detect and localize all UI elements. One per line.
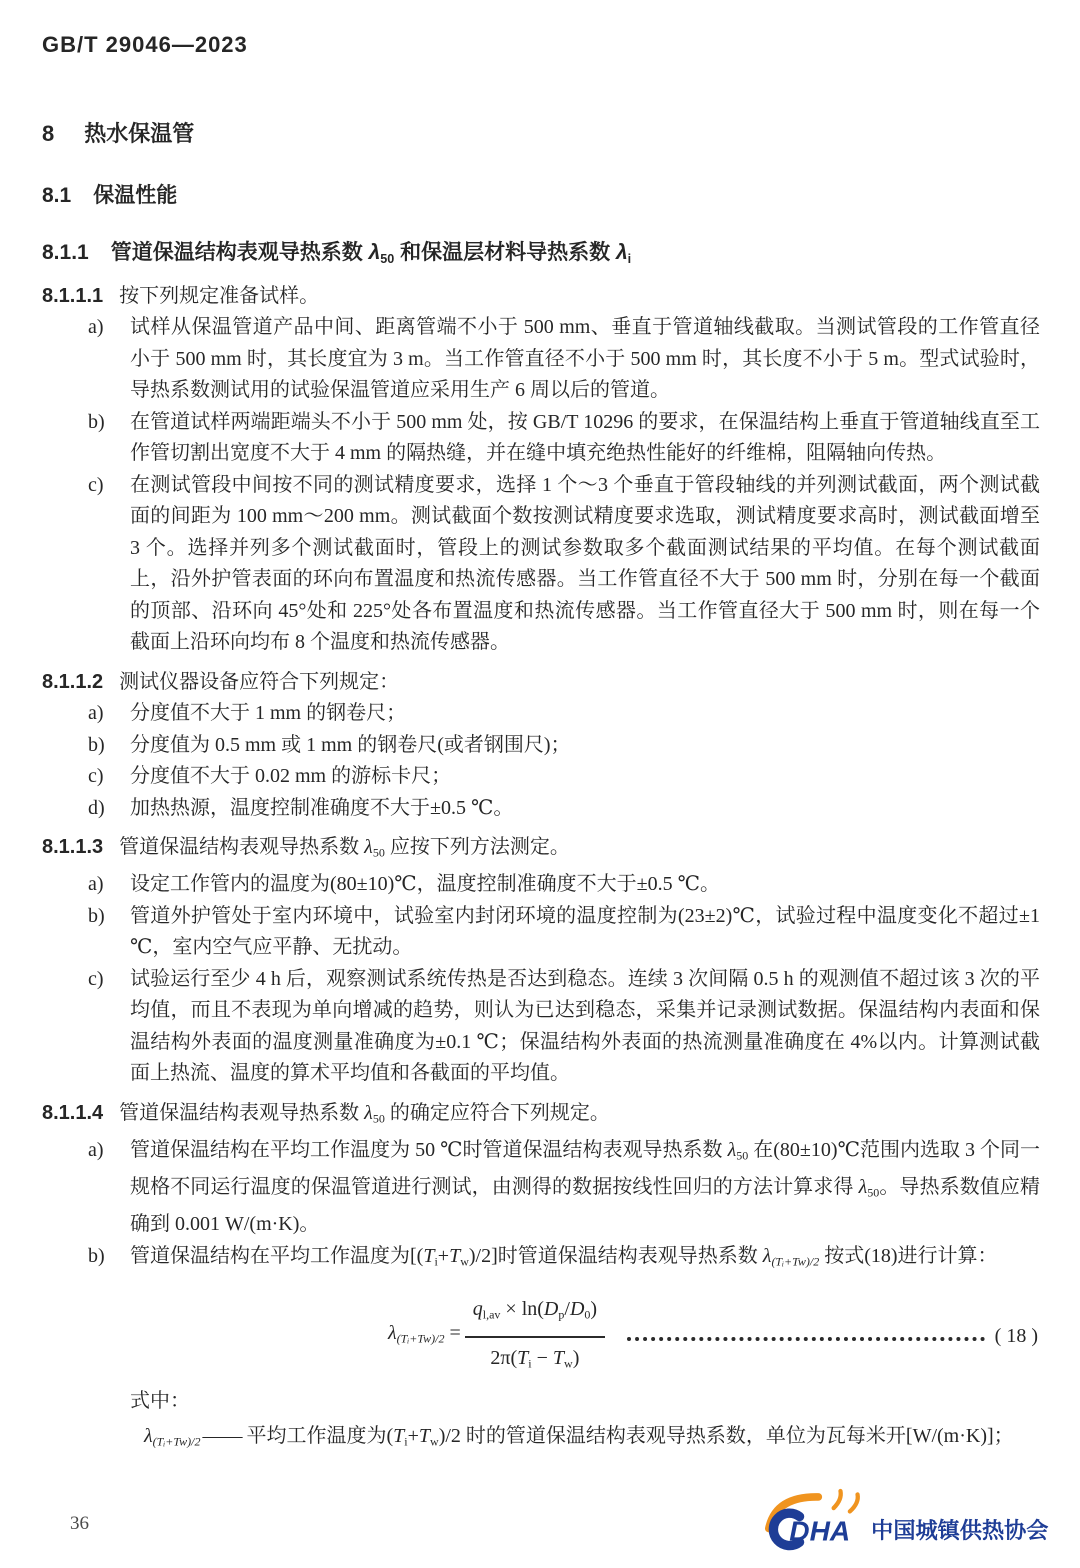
equation-fraction: ql,av × ln(Dp/D0) 2π(Ti − Tw) (465, 1294, 605, 1380)
list-item: b) 管道外护管处于室内环境中，试验室内封闭环境的温度控制为(23±2)℃，试验… (42, 901, 1040, 964)
list-item-text: 试样从保温管道产品中间、距离管端不小于 500 mm、垂直于管道轴线截取。当测试… (130, 312, 1040, 407)
list-item-label: d) (88, 793, 130, 825)
section-number: 8.1 (42, 182, 71, 209)
list-item: b) 在管道试样两端距端头不小于 500 mm 处，按 GB/T 10296 的… (42, 407, 1040, 470)
section-number: 8 (42, 120, 54, 148)
logo-acronym: DHA (789, 1515, 850, 1546)
list-item-text: 分度值不大于 0.02 mm 的游标卡尺； (130, 761, 1040, 793)
list-item-label: b) (88, 730, 130, 762)
clause-8-1-1-4: 8.1.1.4 管道保温结构表观导热系数 λ50 的确定应符合下列规定。 (42, 1098, 1040, 1135)
section-heading-8-1-1: 8.1.1 管道保温结构表观导热系数 λ50 和保温层材料导热系数 λi (42, 239, 1040, 273)
clause-8-1-1-1: 8.1.1.1 按下列规定准备试样。 (42, 281, 1040, 313)
logo-org-name: 中国城镇供热协会 (871, 1518, 1048, 1543)
equation-number: ( 18 ) (995, 1321, 1038, 1353)
list-item-text: 分度值不大于 1 mm 的钢卷尺； (130, 698, 1040, 730)
list-item-text: 在测试管段中间按不同的测试精度要求，选择 1 个～3 个垂直于管段轴线的并列测试… (130, 470, 1040, 659)
list-item-text: 分度值为 0.5 mm 或 1 mm 的钢卷尺(或者钢围尺)； (130, 730, 1040, 762)
list-item-text: 设定工作管内的温度为(80±10)℃，温度控制准确度不大于±0.5 ℃。 (130, 869, 1040, 901)
list-item: c) 在测试管段中间按不同的测试精度要求，选择 1 个～3 个垂直于管段轴线的并… (42, 470, 1040, 659)
list-item-label: a) (88, 869, 130, 901)
clause-number: 8.1.1.4 (42, 1098, 103, 1135)
list-item-label: a) (88, 1135, 130, 1241)
equation-18: λ(Tᵢ+Tw)/2 = ql,av × ln(Dp/D0) 2π(Ti − T… (42, 1294, 1040, 1380)
clause-number: 8.1.1.1 (42, 281, 103, 313)
definition-dash: —— (200, 1421, 246, 1458)
list-item: b) 分度值为 0.5 mm 或 1 mm 的钢卷尺(或者钢围尺)； (42, 730, 1040, 762)
list-item-text: 试验运行至少 4 h 后，观察测试系统传热是否达到稳态。连续 3 次间隔 0.5… (130, 964, 1040, 1090)
standard-number: GB/T 29046—2023 (42, 32, 1040, 58)
symbol-term: λ(Tᵢ+Tw)/2 (144, 1421, 200, 1458)
page-number: 36 (70, 1508, 89, 1540)
section-title: 热水保温管 (84, 120, 194, 148)
logo-orange-arc-small-2 (850, 1494, 858, 1511)
list-item-label: a) (88, 698, 130, 730)
list-item-text: 加热热源，温度控制准确度不大于±0.5 ℃。 (130, 793, 1040, 825)
section-number: 8.1.1 (42, 239, 89, 273)
section-heading-8: 8 热水保温管 (42, 120, 1040, 148)
clause-text: 测试仪器设备应符合下列规定： (119, 667, 1040, 699)
dot-leader (627, 1337, 985, 1341)
equation-denominator: 2π(Ti − Tw) (465, 1338, 605, 1380)
list-item-label: b) (88, 407, 130, 470)
list-item: a) 试样从保温管道产品中间、距离管端不小于 500 mm、垂直于管道轴线截取。… (42, 312, 1040, 407)
symbol-definition-text: 平均工作温度为(Ti+Tw)/2 时的管道保温结构表观导热系数，单位为瓦每米开[… (246, 1421, 1038, 1458)
cdha-logo: DHA 中国城镇供热协会 (762, 1480, 1052, 1560)
list-item-label: c) (88, 470, 130, 659)
section-title: 管道保温结构表观导热系数 λ50 和保温层材料导热系数 λi (111, 239, 631, 273)
list-item: a) 分度值不大于 1 mm 的钢卷尺； (42, 698, 1040, 730)
clause-number: 8.1.1.2 (42, 667, 103, 699)
document-page: GB/T 29046—2023 8 热水保温管 8.1 保温性能 8.1.1 管… (0, 0, 1080, 1568)
list-item-text: 管道保温结构在平均工作温度为 50 ℃时管道保温结构表观导热系数 λ50 在(8… (130, 1135, 1040, 1241)
list-item: a) 管道保温结构在平均工作温度为 50 ℃时管道保温结构表观导热系数 λ50 … (42, 1135, 1040, 1241)
list-item-label: b) (88, 901, 130, 964)
clause-8-1-1-3: 8.1.1.3 管道保温结构表观导热系数 λ50 应按下列方法测定。 (42, 832, 1040, 869)
list-item: d) 加热热源，温度控制准确度不大于±0.5 ℃。 (42, 793, 1040, 825)
list-item-label: a) (88, 312, 130, 407)
section-heading-8-1: 8.1 保温性能 (42, 182, 1040, 209)
equation-lhs: λ(Tᵢ+Tw)/2 = (388, 1318, 461, 1355)
list-item-label: c) (88, 761, 130, 793)
list-item: c) 试验运行至少 4 h 后，观察测试系统传热是否达到稳态。连续 3 次间隔 … (42, 964, 1040, 1090)
where-label: 式中： (42, 1386, 1040, 1418)
clause-text: 管道保温结构表观导热系数 λ50 应按下列方法测定。 (119, 832, 1040, 869)
equation-numerator: ql,av × ln(Dp/D0) (465, 1294, 605, 1338)
list-item-text: 管道外护管处于室内环境中，试验室内封闭环境的温度控制为(23±2)℃，试验过程中… (130, 901, 1040, 964)
clause-text: 按下列规定准备试样。 (119, 281, 1040, 313)
list-item-text: 在管道试样两端距端头不小于 500 mm 处，按 GB/T 10296 的要求，… (130, 407, 1040, 470)
list-item-label: b) (88, 1241, 130, 1278)
clause-text: 管道保温结构表观导热系数 λ50 的确定应符合下列规定。 (119, 1098, 1040, 1135)
clause-number: 8.1.1.3 (42, 832, 103, 869)
list-item: a) 设定工作管内的温度为(80±10)℃，温度控制准确度不大于±0.5 ℃。 (42, 869, 1040, 901)
clause-8-1-1-2: 8.1.1.2 测试仪器设备应符合下列规定： (42, 667, 1040, 699)
list-item: c) 分度值不大于 0.02 mm 的游标卡尺； (42, 761, 1040, 793)
section-title: 保温性能 (93, 182, 177, 209)
list-item-label: c) (88, 964, 130, 1090)
logo-orange-arc-small-1 (834, 1491, 841, 1508)
list-item: b) 管道保温结构在平均工作温度为[(Ti+Tw)/2]时管道保温结构表观导热系… (42, 1241, 1040, 1278)
symbol-definition: λ(Tᵢ+Tw)/2 —— 平均工作温度为(Ti+Tw)/2 时的管道保温结构表… (42, 1421, 1040, 1458)
list-item-text: 管道保温结构在平均工作温度为[(Ti+Tw)/2]时管道保温结构表观导热系数 λ… (130, 1241, 1040, 1278)
